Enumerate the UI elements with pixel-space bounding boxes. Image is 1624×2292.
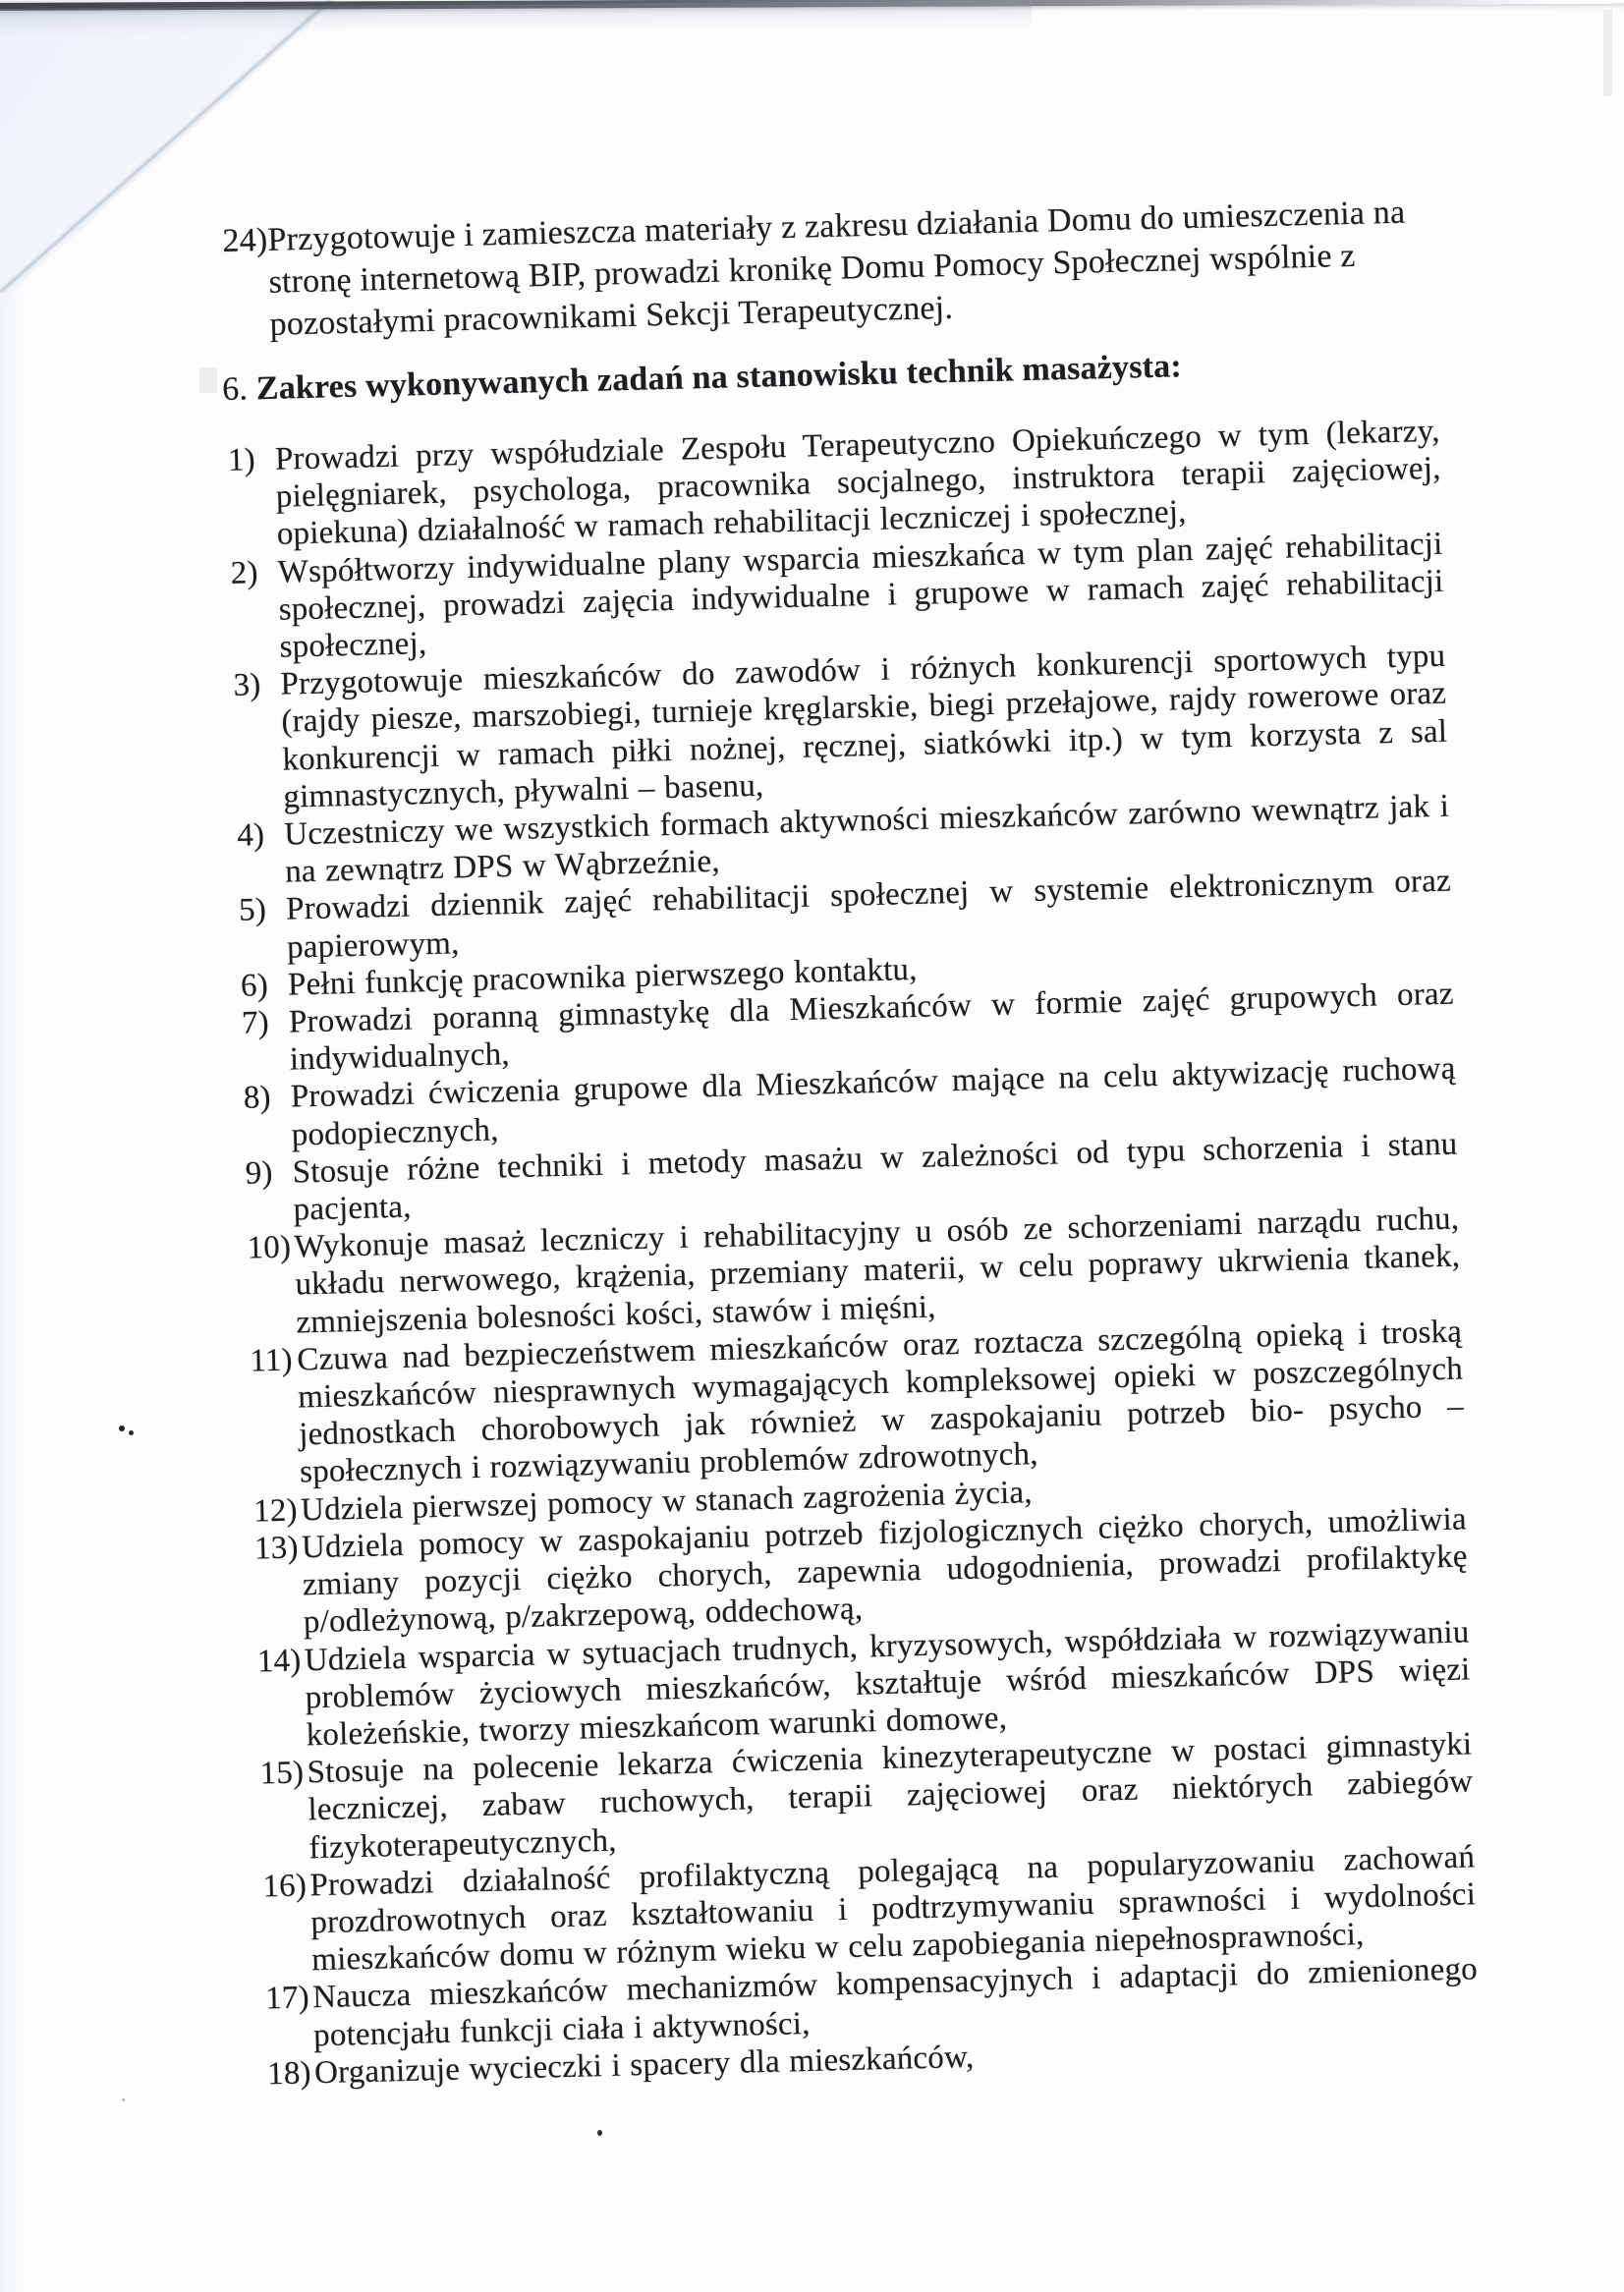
- list-item-24: 24)Przygotowuje i zamieszcza materiały z…: [222, 190, 1481, 347]
- list-item-number: 24): [222, 219, 268, 262]
- ink-speck: [597, 2130, 602, 2136]
- ink-speck: [129, 1430, 134, 1435]
- list-item-text: Przygotowuje mieszkańców do zawodów i ró…: [280, 639, 1447, 815]
- list-item-number: 5): [239, 891, 287, 929]
- section-title: Zakres wykonywanych zadań na stanowisku …: [248, 348, 1183, 407]
- list-item-number: 9): [245, 1153, 293, 1192]
- task-list: 1)Prowadzi przy współudziale Zespołu Ter…: [228, 413, 1481, 2094]
- list-item-number: 12): [253, 1491, 302, 1530]
- list-item-number: 13): [254, 1529, 303, 1567]
- scanner-left-edge-tint: [0, 0, 29, 2292]
- scan-smudge: [1603, 10, 1612, 96]
- list-item-number: 4): [237, 816, 285, 855]
- list-item-text: Czuwa nad bezpieczeństwem mieszkańców or…: [297, 1314, 1464, 1490]
- scanned-document-page: 24)Przygotowuje i zamieszcza materiały z…: [0, 0, 1624, 2292]
- list-item-number: 18): [267, 2054, 315, 2093]
- list-item-number: 6): [241, 966, 289, 1004]
- list-item-text: Przygotowuje i zamieszcza materiały z za…: [267, 195, 1406, 343]
- ink-speck: [122, 2098, 125, 2101]
- section-number: 6.: [222, 370, 249, 408]
- list-item-number: 15): [259, 1754, 308, 1792]
- list-item-number: 11): [250, 1341, 298, 1379]
- list-item-number: 17): [265, 1980, 313, 2018]
- document-content: 24)Przygotowuje i zamieszcza materiały z…: [222, 191, 1485, 2094]
- list-item: 11)Czuwa nad bezpieczeństwem mieszkańców…: [250, 1313, 1465, 1492]
- section-heading: 6. Zakres wykonywanych zadań na stanowis…: [222, 339, 1445, 411]
- list-item-number: 3): [233, 666, 281, 704]
- list-item-number: 1): [228, 441, 276, 479]
- scan-smudge: [199, 367, 217, 393]
- list-item-number: 16): [262, 1867, 310, 1905]
- list-item: 3)Przygotowuje mieszkańców do zawodów i …: [233, 638, 1448, 817]
- list-item-number: 7): [242, 1004, 290, 1042]
- list-item-number: 14): [256, 1642, 305, 1680]
- list-item-number: 8): [243, 1079, 291, 1117]
- ink-speck: [119, 1426, 125, 1431]
- list-item-number: 2): [230, 553, 278, 591]
- list-item-number: 10): [247, 1229, 295, 1267]
